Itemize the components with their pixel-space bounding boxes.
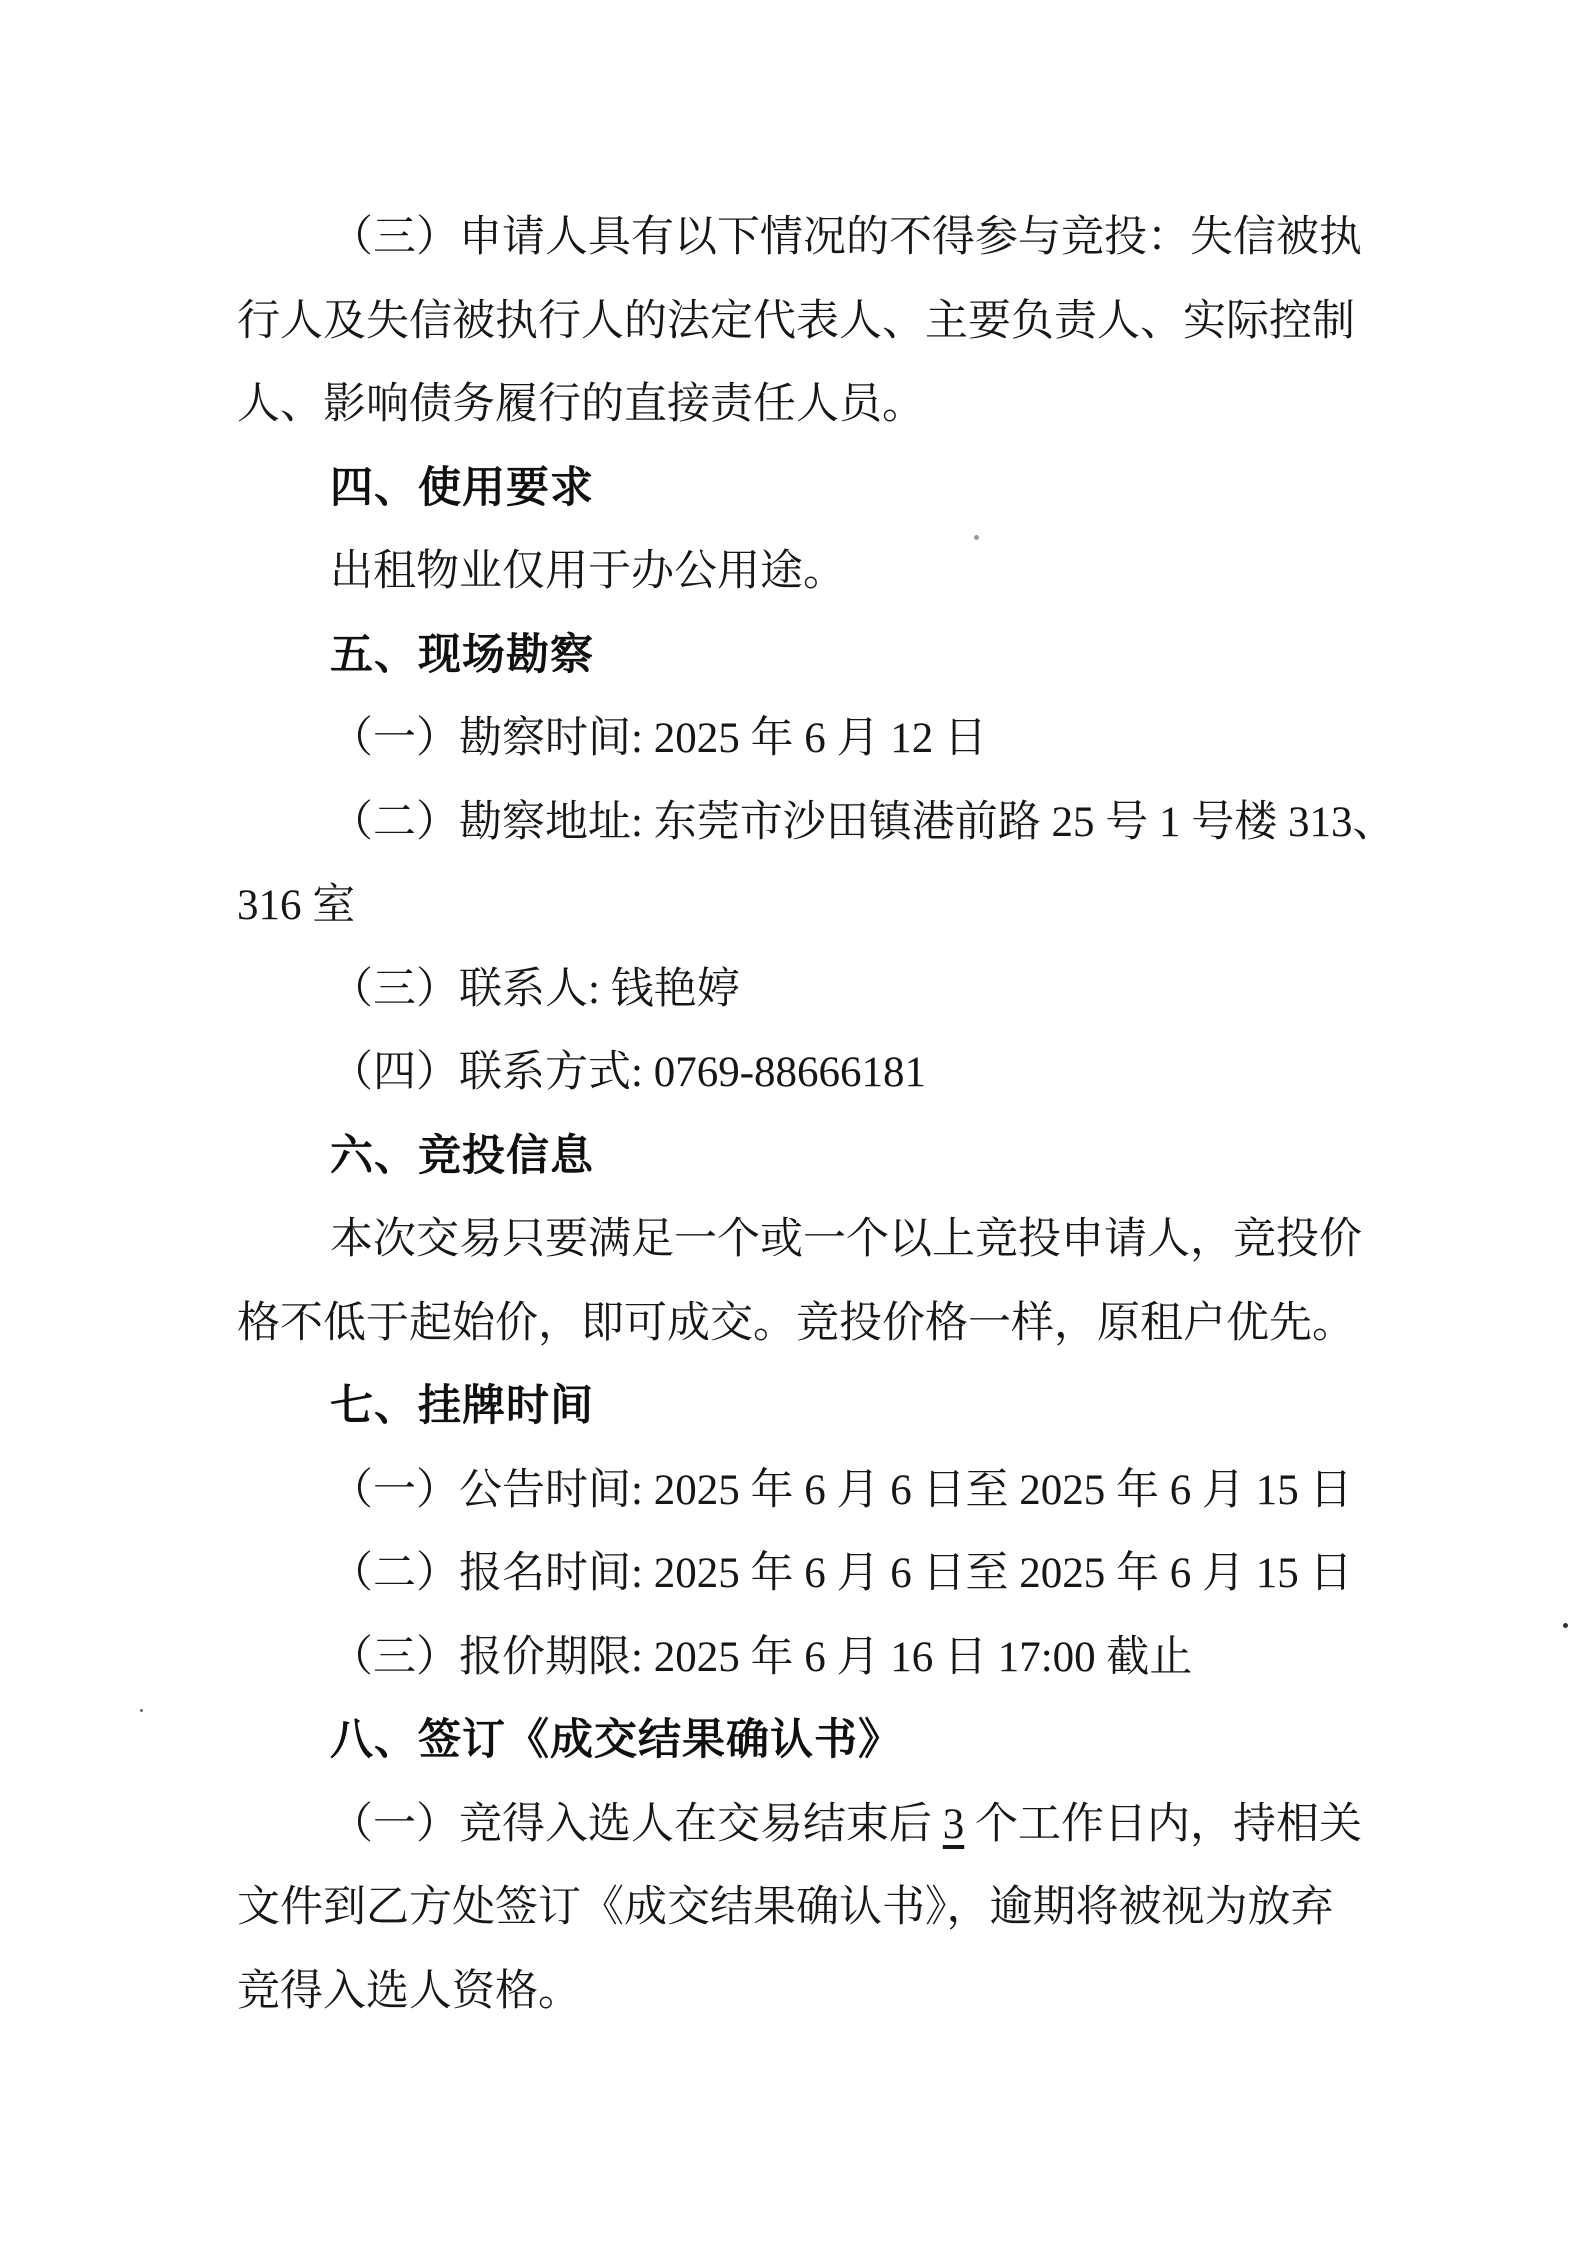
- text-run: （一）公告时间: 2025 年 6 月 6 日至 2025 年 6 月 15 日: [330, 1467, 1352, 1514]
- text-run: （一）勘察时间: 2025 年 6 月 12 日: [330, 715, 987, 762]
- text-line: （二）勘察地址: 东莞市沙田镇港前路 25 号 1 号楼 313、: [237, 781, 1417, 865]
- text-run: 本次交易只要满足一个或一个以上竞投申请人，竞投价: [330, 1216, 1362, 1263]
- section-heading: 七、挂牌时间: [237, 1365, 1417, 1449]
- scan-speck: [140, 1709, 143, 1712]
- text-run: 316 室: [237, 882, 355, 929]
- text-line: （二）报名时间: 2025 年 6 月 6 日至 2025 年 6 月 15 日: [237, 1532, 1417, 1616]
- scan-speck: [1563, 1623, 1568, 1628]
- text-run: （四）联系方式: 0769-88666181: [330, 1049, 926, 1096]
- scan-speck: [974, 535, 979, 540]
- text-line: （四）联系方式: 0769-88666181: [237, 1031, 1417, 1115]
- text-line: （一）竞得入选人在交易结束后 3 个工作日内，持相关: [237, 1783, 1417, 1867]
- text-line: 316 室: [237, 864, 1417, 948]
- underlined-number: 3: [943, 1801, 965, 1848]
- text-run: （二）勘察地址: 东莞市沙田镇港前路 25 号 1 号楼 313、: [330, 799, 1395, 846]
- text-run: 五、现场勘察: [330, 631, 594, 679]
- text-run: 七、挂牌时间: [330, 1382, 594, 1430]
- text-line: （一）公告时间: 2025 年 6 月 6 日至 2025 年 6 月 15 日: [237, 1449, 1417, 1533]
- text-line: （三）联系人: 钱艳婷: [237, 948, 1417, 1032]
- text-run: 格不低于起始价，即可成交。竞投价格一样，原租户优先。: [237, 1300, 1355, 1347]
- text-run: （三）报价期限: 2025 年 6 月 16 日 17:00 截止: [330, 1634, 1192, 1681]
- text-line: 格不低于起始价，即可成交。竞投价格一样，原租户优先。: [237, 1282, 1417, 1366]
- section-heading: 四、使用要求: [237, 447, 1417, 531]
- text-line: 出租物业仅用于办公用途。: [237, 530, 1417, 614]
- text-line: 本次交易只要满足一个或一个以上竞投申请人，竞投价: [237, 1198, 1417, 1282]
- text-run: （一）竞得入选人在交易结束后: [330, 1801, 943, 1848]
- text-run: （三）联系人: 钱艳婷: [330, 966, 740, 1013]
- section-heading: 五、现场勘察: [237, 614, 1417, 698]
- text-run: 四、使用要求: [330, 464, 594, 512]
- text-run: 八、签订《成交结果确认书》: [330, 1716, 902, 1764]
- text-line: 文件到乙方处签订《成交结果确认书》，逾期将被视为放弃: [237, 1866, 1417, 1950]
- text-run: 出租物业仅用于办公用途。: [330, 548, 846, 595]
- text-line: （三）报价期限: 2025 年 6 月 16 日 17:00 截止: [237, 1616, 1417, 1700]
- text-line: （三）申请人具有以下情况的不得参与竞投：失信被执: [237, 196, 1417, 280]
- section-heading: 六、竞投信息: [237, 1115, 1417, 1199]
- text-run: 个工作日内，持相关: [964, 1801, 1362, 1848]
- document-page: （三）申请人具有以下情况的不得参与竞投：失信被执行人及失信被执行人的法定代表人、…: [0, 0, 1588, 2245]
- text-line: （一）勘察时间: 2025 年 6 月 12 日: [237, 697, 1417, 781]
- document-body: （三）申请人具有以下情况的不得参与竞投：失信被执行人及失信被执行人的法定代表人、…: [237, 196, 1417, 2033]
- text-line: 竞得入选人资格。: [237, 1950, 1417, 2034]
- text-run: 文件到乙方处签订《成交结果确认书》，逾期将被视为放弃: [237, 1884, 1334, 1931]
- text-run: 行人及失信被执行人的法定代表人、主要负责人、实际控制: [237, 298, 1355, 345]
- text-line: 人、影响债务履行的直接责任人员。: [237, 363, 1417, 447]
- text-run: 竞得入选人资格。: [237, 1968, 581, 2015]
- text-run: （二）报名时间: 2025 年 6 月 6 日至 2025 年 6 月 15 日: [330, 1550, 1352, 1597]
- section-heading: 八、签订《成交结果确认书》: [237, 1699, 1417, 1783]
- text-run: 六、竞投信息: [330, 1132, 594, 1180]
- text-run: 人、影响债务履行的直接责任人员。: [237, 381, 925, 428]
- text-line: 行人及失信被执行人的法定代表人、主要负责人、实际控制: [237, 280, 1417, 364]
- text-run: （三）申请人具有以下情况的不得参与竞投：失信被执: [330, 214, 1362, 261]
